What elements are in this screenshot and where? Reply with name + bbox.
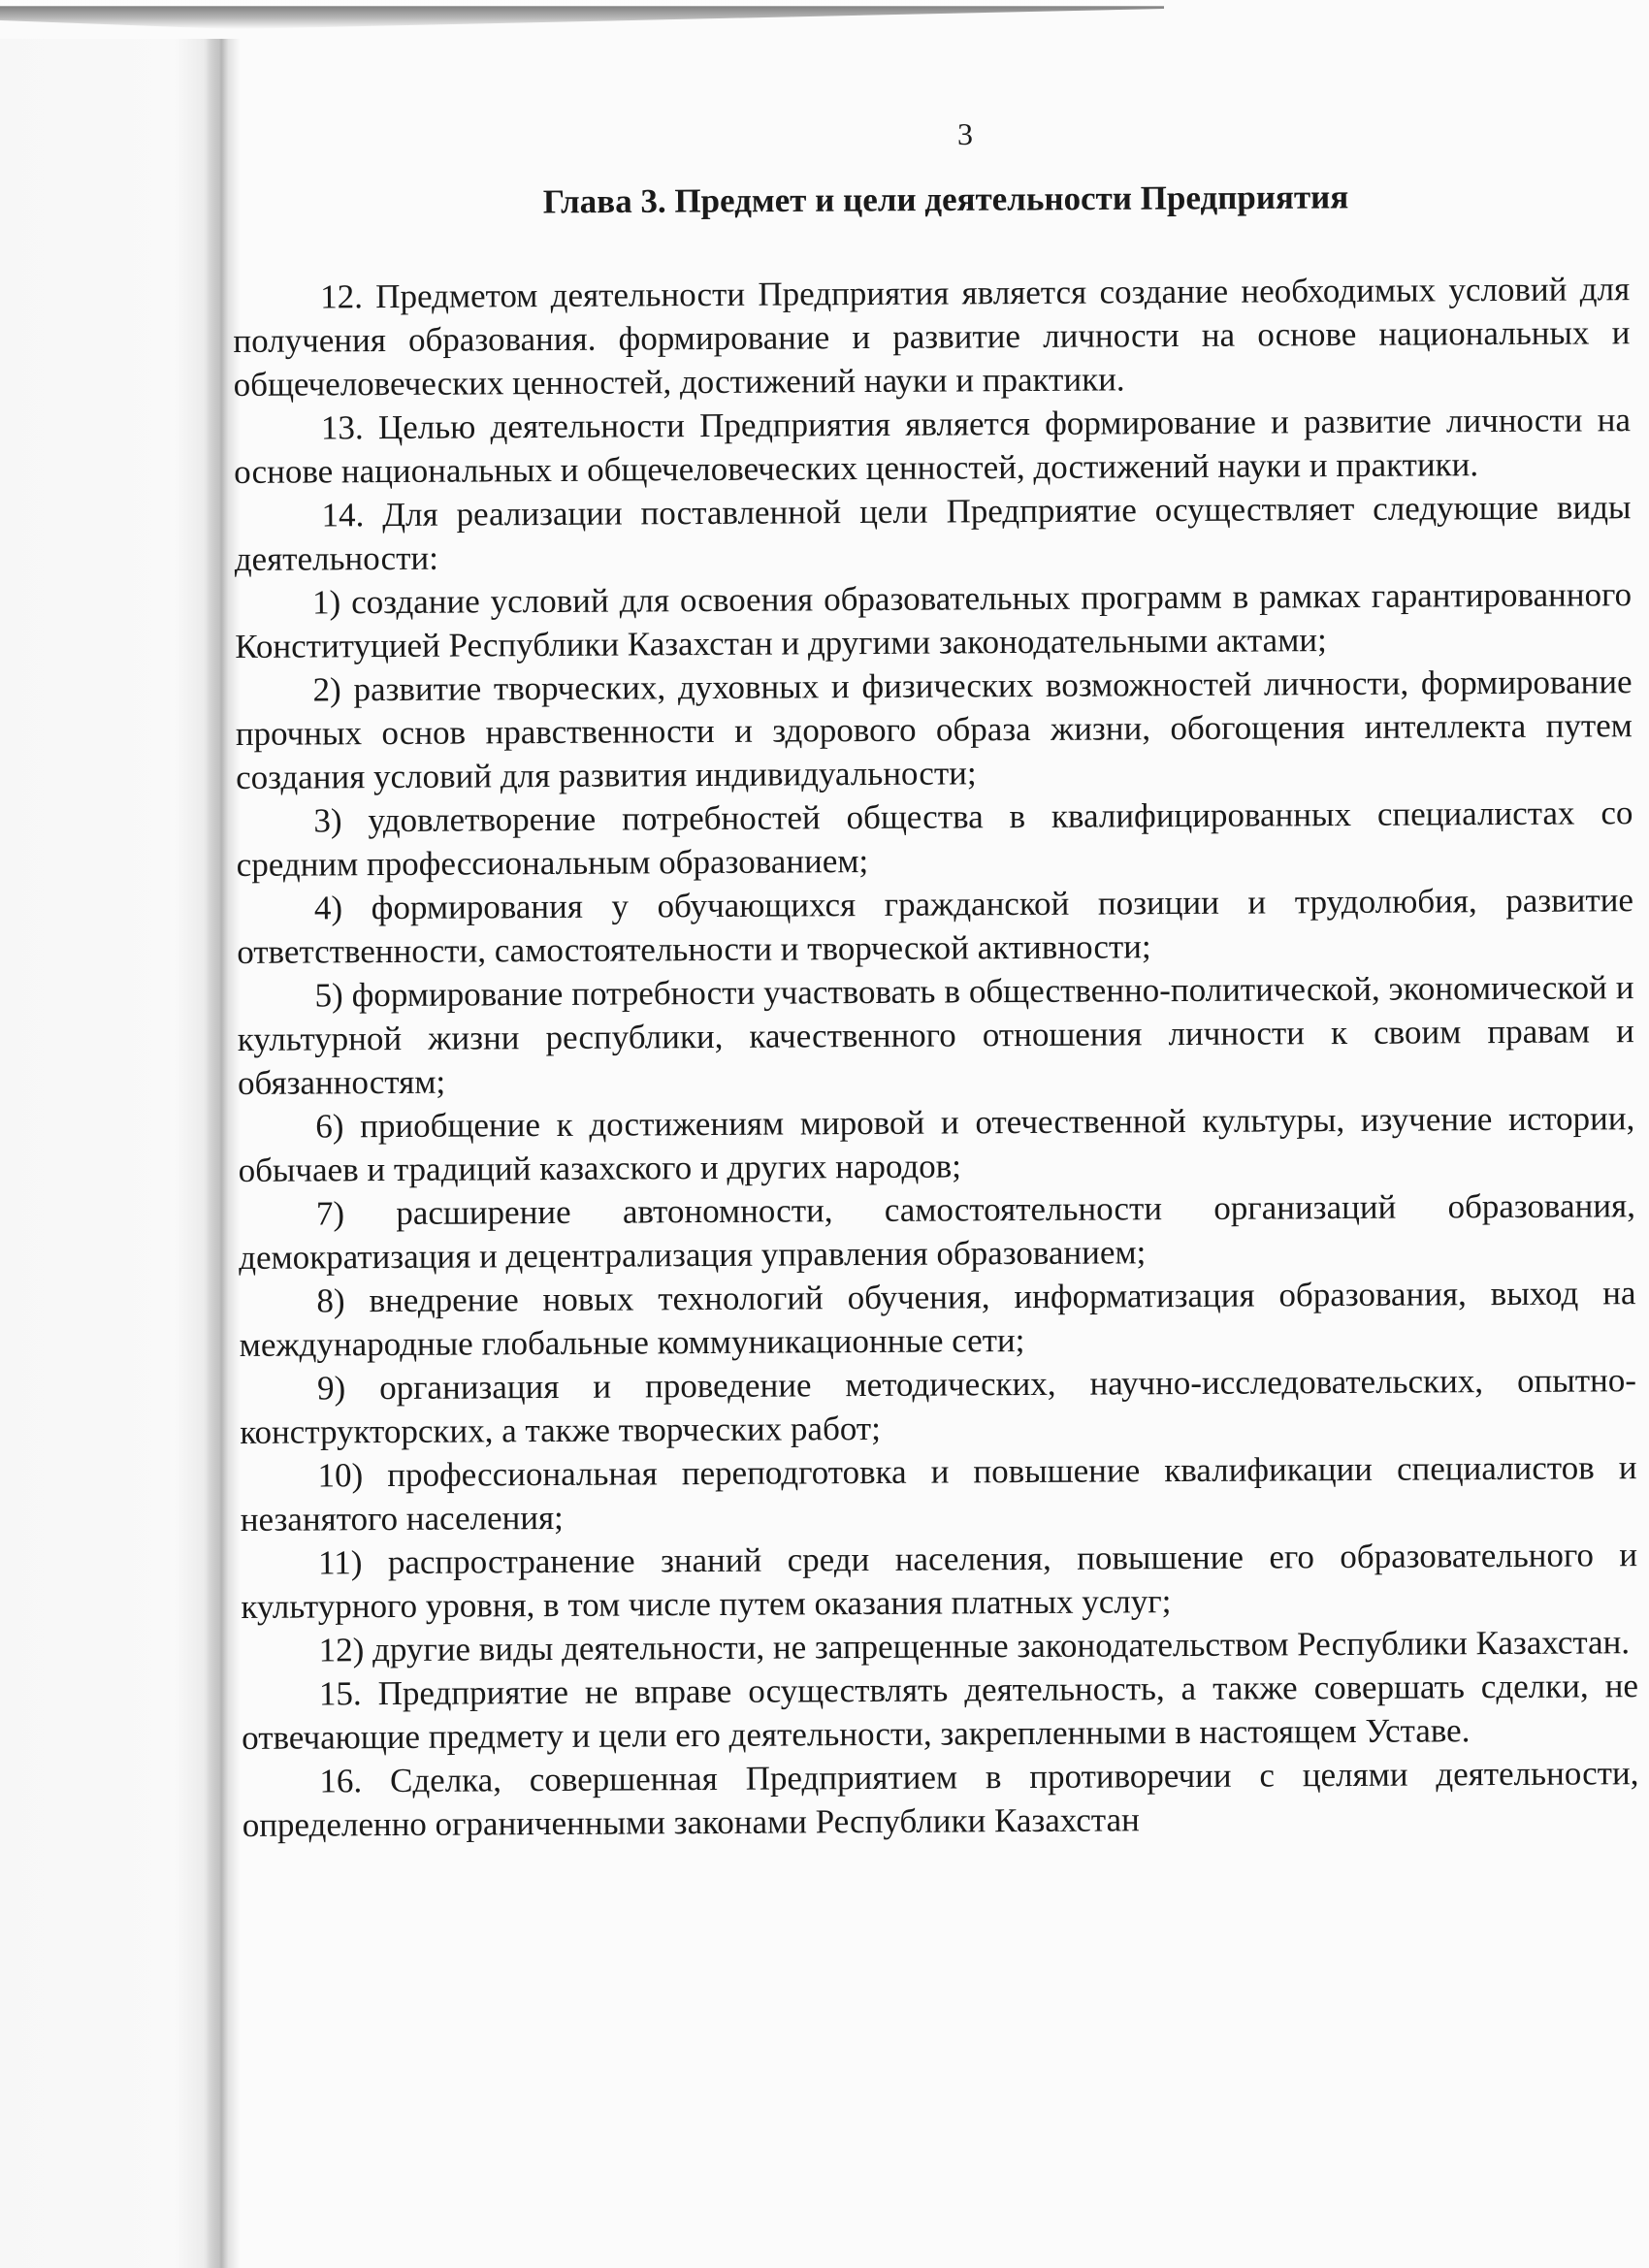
list-item-1: 1) создание условий для освоения образов…	[235, 572, 1633, 668]
list-item-6: 6) приобщение к достижениям мировой и от…	[238, 1096, 1635, 1192]
list-item-9: 9) организация и проведение методических…	[240, 1358, 1637, 1454]
list-item-10: 10) профессиональная переподготовка и по…	[240, 1445, 1637, 1541]
chapter-title: Глава 3. Предмет и цели деятельности Пре…	[233, 177, 1649, 224]
paragraph-12: 12. Предметом деятельности Предприятия я…	[233, 267, 1631, 406]
page-number: 3	[946, 116, 985, 152]
paragraph-15: 15. Предприятие не вправе осуществлять д…	[242, 1664, 1639, 1760]
list-item-4: 4) формирования у обучающихся гражданско…	[237, 878, 1634, 974]
left-page-margin	[0, 0, 218, 2268]
paragraph-16: 16. Сделка, совершенная Предприятием в п…	[242, 1751, 1639, 1847]
list-item-11: 11) распространение знаний среди населен…	[241, 1533, 1638, 1629]
list-item-5: 5) формирование потребности участвовать …	[237, 965, 1634, 1105]
list-item-2: 2) развитие творческих, духовных и физич…	[235, 660, 1633, 799]
list-item-7: 7) расширение автономности, самостоятель…	[239, 1183, 1636, 1280]
list-item-8: 8) внедрение новых технологий обучения, …	[239, 1271, 1636, 1367]
paragraph-14: 14. Для реализации поставленной цели Пре…	[234, 485, 1632, 581]
document-page: 3 Глава 3. Предмет и цели деятельности П…	[233, 0, 1649, 2268]
list-item-3: 3) удовлетворение потребностей общества …	[236, 791, 1633, 887]
body-text: 12. Предметом деятельности Предприятия я…	[233, 267, 1639, 1847]
paragraph-13: 13. Целью деятельности Предприятия являе…	[234, 398, 1632, 494]
